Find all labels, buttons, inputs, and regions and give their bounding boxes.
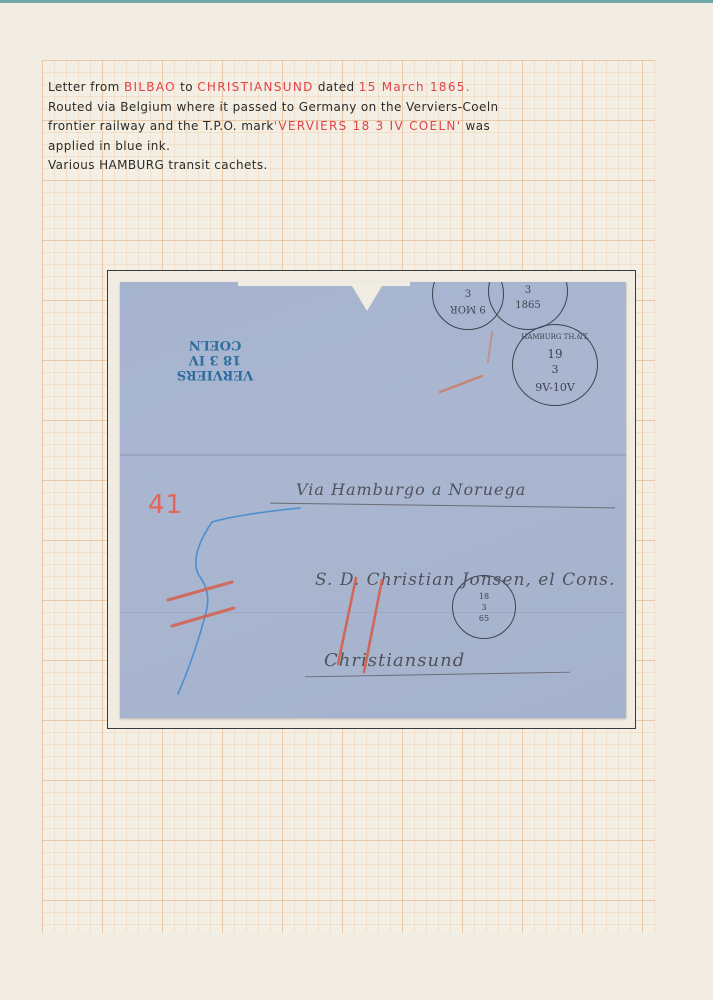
letter-date: 15 March 1865. — [359, 80, 471, 94]
note-line-4: applied in blue ink. — [48, 137, 688, 157]
note-line-1: Letter from BILBAO to CHRISTIANSUND date… — [48, 78, 688, 98]
destination-city: CHRISTIANSUND — [197, 80, 313, 94]
cover-letter: VERVIERS 18 3 IV COELN 3 9 MOR 3 1865 HA… — [120, 282, 626, 718]
note-text: frontier railway and the T.P.O. mark — [48, 119, 274, 133]
origin-city: BILBAO — [124, 80, 176, 94]
note-line-2: Routed via Belgium where it passed to Ge… — [48, 98, 688, 118]
note-text: to — [180, 80, 193, 94]
page-top-edge — [0, 0, 713, 3]
note-text: was — [466, 119, 491, 133]
tpo-mark-text: 'VERVIERS 18 3 IV COELN' — [274, 119, 462, 133]
note-line-3: frontier railway and the T.P.O. mark'VER… — [48, 117, 688, 137]
note-text: Letter from — [48, 80, 120, 94]
note-text: dated — [318, 80, 355, 94]
description-notes: Letter from BILBAO to CHRISTIANSUND date… — [48, 78, 688, 176]
note-line-5: Various HAMBURG transit cachets. — [48, 156, 688, 176]
crayon-marks — [120, 282, 626, 718]
